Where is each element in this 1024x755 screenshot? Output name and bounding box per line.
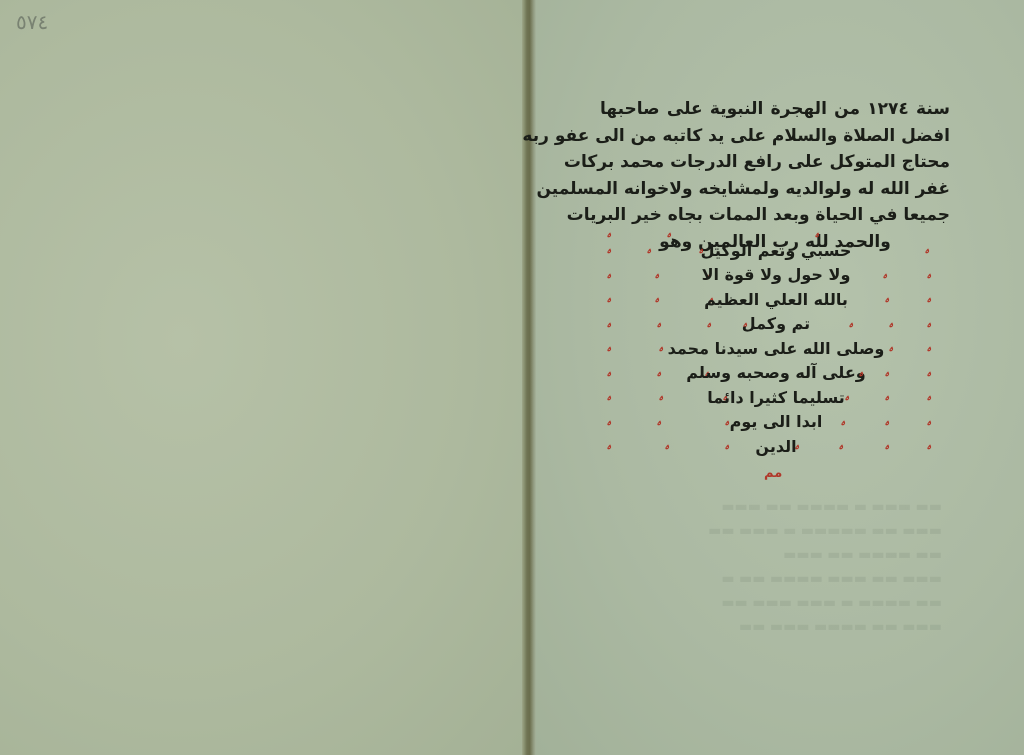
triangle-line: وصلى الله على سيدنا محمد bbox=[596, 339, 956, 358]
end-mark: مم bbox=[764, 466, 782, 481]
colophon-line: غفر الله له ولوالديه ولمشايخه ولاخوانه ا… bbox=[600, 176, 950, 203]
colophon-line: محتاج المتوكل على رافع الدرجات محمد بركا… bbox=[600, 149, 950, 176]
colophon-line: سنة ١٢٧٤ من الهجرة النبوية على صاحبها bbox=[600, 96, 950, 123]
triangle-line: وعلى آله وصحبه وسلم bbox=[596, 363, 956, 382]
bleed-through-ghost-text: ▬▬ ▬▬▬ ▬ ▬▬▬▬ ▬▬ ▬▬▬ ▬▬▬ ▬▬ ▬▬▬▬▬ ▬ ▬▬▬ … bbox=[612, 495, 942, 639]
triangle-line: حسبي ونعم الوكيل bbox=[596, 241, 956, 260]
left-page: ٥٧٤ bbox=[0, 0, 522, 755]
triangle-line: الدين bbox=[596, 437, 956, 456]
triangle-line: تسليما كثيرا دائما bbox=[596, 388, 956, 407]
triangle-line: بالله العلي العظيم bbox=[596, 290, 956, 309]
triangle-line: ابدا الى يوم bbox=[596, 412, 956, 431]
manuscript-spread: ٥٧٤ سنة ١٢٧٤ من الهجرة النبوية على صاحبه… bbox=[0, 0, 1024, 755]
book-spine bbox=[522, 0, 536, 755]
triangle-line: ولا حول ولا قوة الا bbox=[596, 265, 956, 284]
triangle-line: تم وكمل bbox=[596, 314, 956, 333]
folio-number: ٥٧٤ bbox=[16, 10, 48, 34]
colophon-line: افضل الصلاة والسلام على يد كاتبه من الى … bbox=[600, 123, 950, 150]
triangle-colophon: ﮦ ﮦ ﮦ ﮦ ﮦ ﮦ حسبي ونعم الوكيل ﮦ ﮦ ﮦ ﮦ ولا… bbox=[596, 222, 956, 459]
